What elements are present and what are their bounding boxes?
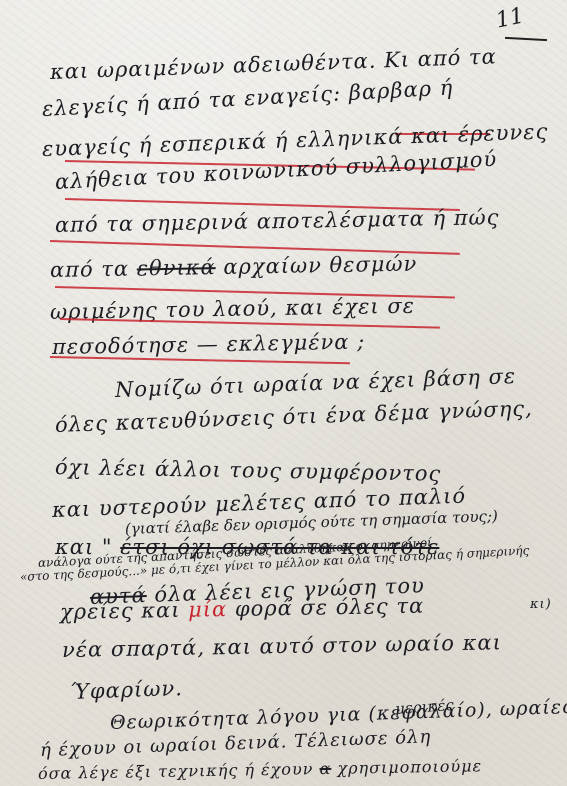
line-text: από τα — [50, 257, 130, 282]
line-text: χρείες και — [60, 598, 181, 624]
manuscript-line-6: από τα εθνικά αρχαίων θεσμών — [50, 252, 418, 282]
manuscript-line-18: χρείες και μία φορά σε όλες τα — [60, 594, 425, 624]
manuscript-line-9: Νομίζω ότι ωραία να έχει βάση σε — [115, 364, 517, 402]
line-text: φορά σε όλες τα — [235, 594, 425, 621]
red-underline — [50, 356, 350, 364]
manuscript-line-19: νέα σπαρτά, και αυτό στον ωραίο και — [62, 630, 502, 662]
page-number-underline — [505, 37, 547, 41]
manuscript-line-10: όλες κατευθύνσεις ότι ένα δέμα γνώσης, — [55, 396, 534, 437]
struck-word: εθνικά — [137, 255, 216, 280]
manuscript-line-2: ελεγείς ή από τα εναγείς: βαρβαρ ή — [41, 75, 453, 121]
margin-mark: κι) — [530, 597, 552, 612]
manuscript-line-23: όσα λέγε έξι τεχνικής ή έχουν α χρησιμοπ… — [38, 756, 482, 783]
manuscript-line-11: όχι λέει άλλοι τους συμφέροντος — [55, 455, 442, 486]
manuscript-line-21: Θεωρικότητα λόγου για (κεφαλαίο), ωραίες — [110, 696, 567, 734]
page-number: 11 — [494, 3, 527, 33]
struck-word: α — [319, 759, 331, 778]
manuscript-line-20: Ύφαρίων. — [70, 676, 184, 704]
manuscript-line-5: από τα σημερινά αποτελέσματα ή πώς — [55, 205, 500, 237]
manuscript-line-22: ή έχουν οι ωραίοι δεινά. Τέλειωσε όλη — [40, 726, 432, 761]
line-text: όσα λέγε έξι τεχνικής ή έχουν — [38, 759, 314, 783]
line-text: χρησιμοποιούμε — [337, 756, 482, 778]
red-correction: μία — [188, 597, 227, 622]
manuscript-line-8: πεσοδότησε — εκλεγμένα ; — [52, 330, 366, 359]
line-text: αρχαίων θεσμών — [223, 252, 417, 279]
manuscript-page: 11 και ωραιμένων αδειωθέντα. Κι από τα ε… — [0, 0, 567, 786]
